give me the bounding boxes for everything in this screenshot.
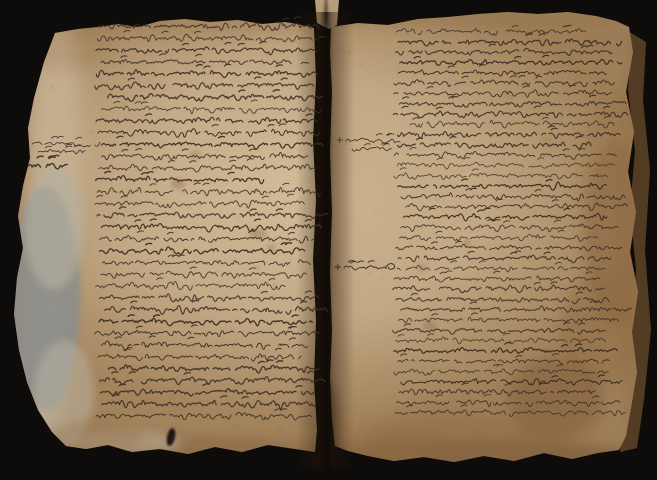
gutter-shadow	[296, 12, 354, 468]
stain	[480, 334, 486, 337]
stain	[217, 284, 222, 289]
stain	[125, 177, 127, 180]
stain	[237, 216, 240, 221]
stain	[594, 66, 598, 69]
stain	[161, 141, 164, 145]
stain	[268, 384, 270, 386]
stain	[564, 317, 568, 320]
stain	[88, 130, 94, 133]
stain	[435, 198, 440, 201]
stain	[593, 292, 597, 294]
stain	[276, 427, 281, 432]
stain	[439, 340, 442, 345]
stain	[475, 428, 480, 431]
stain	[546, 63, 551, 66]
stain	[535, 417, 539, 419]
stain	[189, 151, 201, 159]
stain	[143, 58, 145, 62]
stain	[70, 111, 74, 114]
stain	[393, 395, 395, 400]
stain	[418, 261, 422, 263]
stain	[77, 200, 79, 204]
stain	[367, 273, 371, 275]
stain	[171, 179, 185, 189]
stain	[251, 92, 253, 95]
stain	[47, 422, 143, 454]
stain	[423, 321, 437, 331]
stain	[553, 325, 559, 330]
stain	[582, 177, 584, 182]
stain	[615, 87, 618, 92]
stain	[208, 306, 213, 309]
stain	[577, 103, 582, 107]
stain	[280, 83, 283, 86]
stain	[360, 63, 364, 67]
stain	[413, 108, 416, 112]
stain	[267, 52, 272, 56]
stain	[542, 136, 554, 144]
stain	[121, 237, 127, 240]
stain	[463, 240, 471, 246]
stain	[113, 223, 116, 226]
stain	[196, 385, 200, 388]
stain	[187, 353, 192, 357]
stain	[449, 261, 451, 263]
stain	[232, 192, 237, 196]
stain	[276, 333, 280, 336]
stain	[374, 209, 379, 213]
stain	[502, 291, 508, 295]
stain	[461, 170, 464, 172]
stain	[402, 254, 406, 260]
stain	[363, 443, 369, 446]
stain	[433, 401, 439, 406]
stain	[410, 133, 415, 136]
stain	[518, 144, 521, 149]
manuscript-scan	[0, 0, 657, 480]
stain	[142, 398, 146, 402]
stain	[478, 73, 483, 78]
stain	[503, 91, 513, 99]
stain	[51, 289, 55, 292]
stain	[405, 32, 411, 36]
stain	[402, 233, 405, 238]
stain	[507, 393, 512, 398]
stain	[57, 343, 59, 345]
stain	[186, 207, 191, 209]
stain	[190, 81, 194, 84]
stain	[272, 283, 276, 288]
stain	[266, 244, 276, 252]
stain	[388, 51, 390, 56]
stain	[103, 117, 106, 119]
stain	[101, 58, 104, 60]
stain	[50, 85, 53, 89]
stain	[234, 140, 239, 144]
stain	[155, 117, 160, 119]
stain	[615, 399, 620, 402]
stain	[619, 123, 623, 127]
stain	[380, 276, 385, 281]
stain	[450, 448, 452, 452]
stain	[145, 52, 151, 56]
stain	[53, 400, 56, 404]
stain	[499, 159, 503, 161]
stain	[24, 166, 84, 290]
stain	[149, 386, 154, 389]
stain	[180, 191, 185, 195]
stain	[521, 81, 526, 86]
stain	[151, 419, 153, 424]
stain	[141, 264, 145, 267]
stain	[433, 51, 435, 55]
stain	[514, 74, 517, 79]
stain	[7, 28, 117, 68]
stain	[415, 113, 418, 116]
stain	[284, 43, 286, 46]
stain	[586, 225, 591, 229]
stain	[397, 67, 401, 70]
stain	[508, 234, 510, 236]
stain	[249, 229, 267, 239]
stain	[121, 103, 126, 105]
stain	[417, 264, 427, 272]
stain	[236, 423, 241, 429]
stain	[166, 86, 168, 89]
stain	[480, 44, 484, 47]
stain	[255, 265, 260, 270]
stain	[457, 114, 459, 118]
stain	[168, 396, 174, 401]
stain	[210, 401, 214, 405]
stain	[196, 405, 200, 407]
